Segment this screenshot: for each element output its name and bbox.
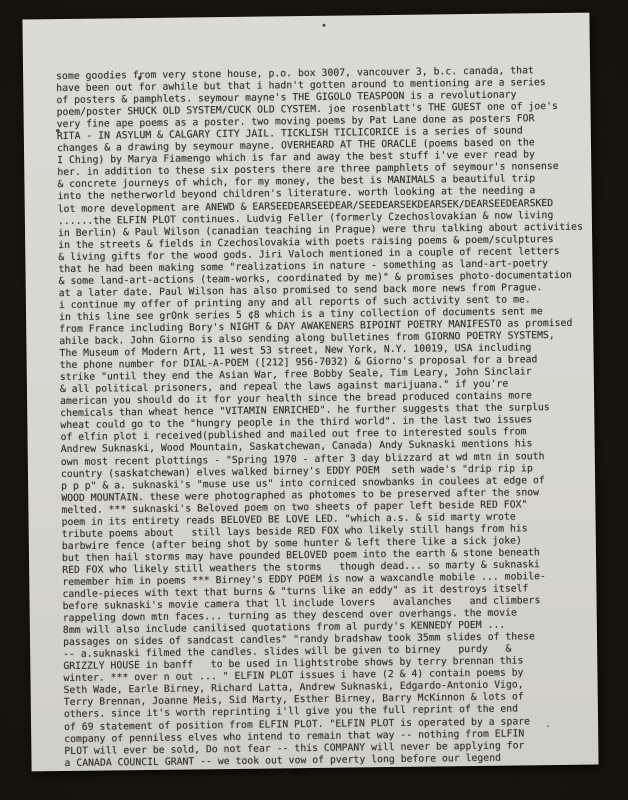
paper-sheet: some goodies from very stone house, p.o.… <box>22 13 598 772</box>
paper-speck <box>323 24 326 27</box>
typewritten-text: some goodies from very stone house, p.o.… <box>56 65 590 770</box>
scan-background: some goodies from very stone house, p.o.… <box>0 0 628 800</box>
